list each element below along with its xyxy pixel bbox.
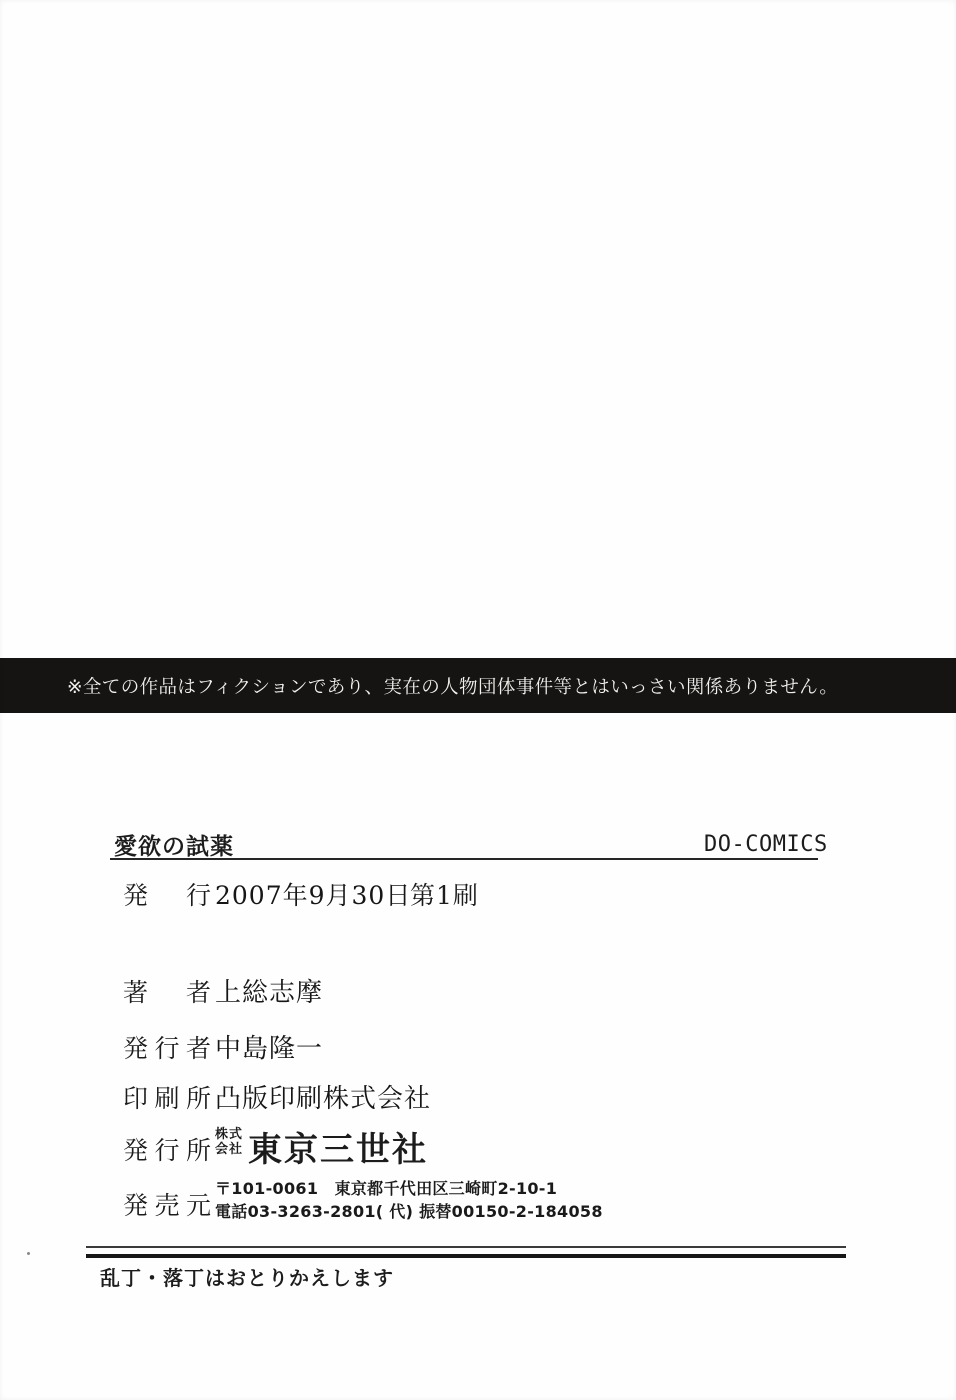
book-title: 愛欲の試薬 <box>114 828 234 861</box>
distributor-address: 〒101-0061 東京都千代田区三崎町2-10-1 <box>215 1176 557 1199</box>
company-type-bottom: 会社 <box>215 1142 243 1157</box>
footer-rule-thin <box>86 1246 846 1248</box>
company-type-prefix: 株式 会社 <box>215 1127 243 1157</box>
printer-name: 凸版印刷株式会社 <box>215 1078 431 1115</box>
author-label: 著 者 <box>123 973 211 1009</box>
publisher-name: 中島隆一 <box>215 1028 323 1065</box>
publisher-label: 発行者 <box>123 1029 211 1065</box>
disclaimer-text: ※全ての作品はフィクションであり、実在の人物団体事件等とはいっさい関係ありません… <box>0 673 838 699</box>
title-underline <box>110 858 818 860</box>
returns-note: 乱丁・落丁はおとりかえします <box>100 1262 394 1291</box>
author-name: 上総志摩 <box>215 972 323 1009</box>
imprint-label: DO-COMICS <box>704 832 828 857</box>
issue-date: 2007年9月30日 <box>215 876 411 912</box>
scan-speck <box>27 1252 30 1255</box>
issue-edition: 第1刷 <box>410 876 479 912</box>
publishing-house-name: 東京三世社 <box>248 1122 428 1171</box>
distributor-label: 発売元 <box>123 1186 211 1222</box>
distributor-phone: 電話03-3263-2801( 代) 振替00150-2-184058 <box>215 1199 603 1222</box>
colophon-page: ※全ての作品はフィクションであり、実在の人物団体事件等とはいっさい関係ありません… <box>0 0 956 1400</box>
printer-label: 印刷所 <box>123 1079 211 1115</box>
publishing-house-label: 発行所 <box>123 1131 211 1167</box>
disclaimer-banner: ※全ての作品はフィクションであり、実在の人物団体事件等とはいっさい関係ありません… <box>0 658 956 713</box>
footer-rule-thick <box>86 1254 846 1258</box>
issue-label: 発 行 <box>123 876 211 912</box>
company-type-top: 株式 <box>215 1127 243 1142</box>
